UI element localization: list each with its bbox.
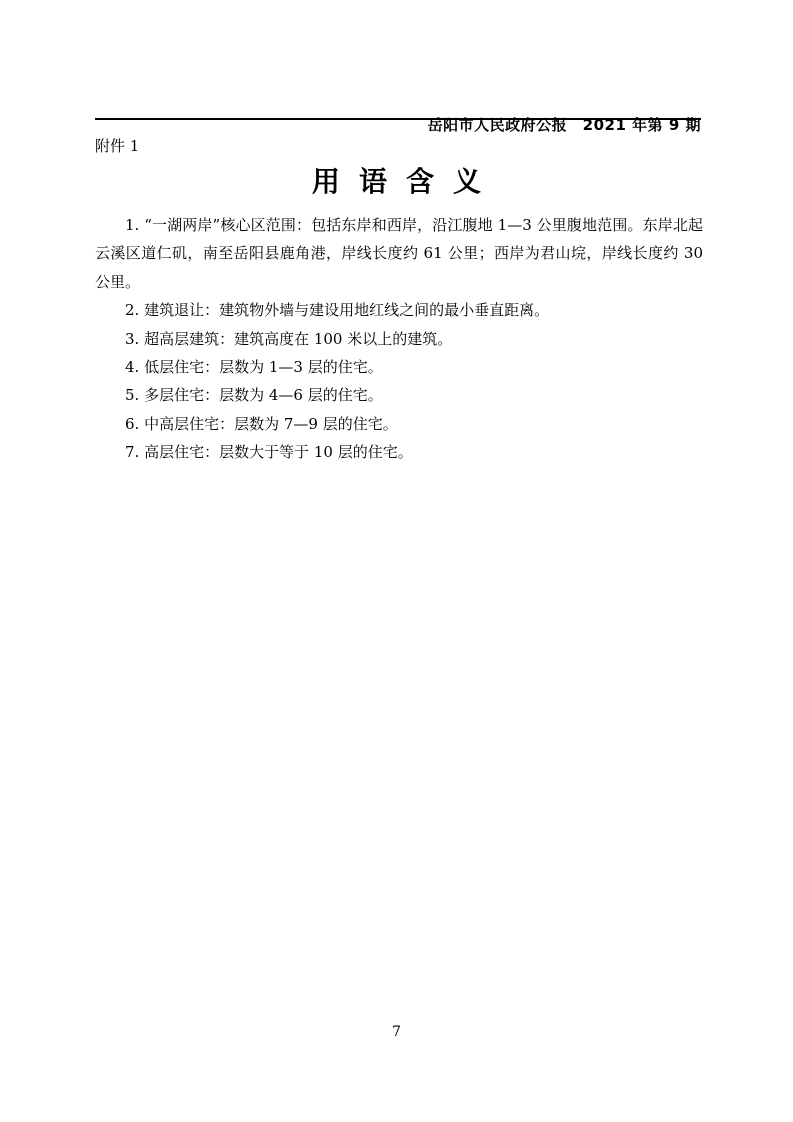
page-title: 用语含义 (0, 160, 793, 200)
header-rule (95, 118, 701, 120)
document-page: 岳阳市人民政府公报 2021 年第 9 期 附件 1 用语含义 1. “一湖两岸… (0, 0, 793, 1122)
page-header: 岳阳市人民政府公报 2021 年第 9 期 (95, 96, 701, 153)
paragraph-6: 6. 中高层住宅：层数为 7—9 层的住宅。 (95, 410, 703, 438)
document-body: 1. “一湖两岸”核心区范围：包括东岸和西岸，沿江腹地 1—3 公里腹地范围。东… (95, 211, 703, 467)
paragraph-5: 5. 多层住宅：层数为 4—6 层的住宅。 (95, 381, 703, 409)
paragraph-1: 1. “一湖两岸”核心区范围：包括东岸和西岸，沿江腹地 1—3 公里腹地范围。东… (95, 211, 703, 296)
paragraph-4: 4. 低层住宅：层数为 1—3 层的住宅。 (95, 353, 703, 381)
page-number: 7 (0, 1024, 793, 1040)
attachment-label: 附件 1 (95, 135, 139, 156)
paragraph-7: 7. 高层住宅：层数大于等于 10 层的住宅。 (95, 438, 703, 466)
paragraph-3: 3. 超高层建筑：建筑高度在 100 米以上的建筑。 (95, 325, 703, 353)
paragraph-2: 2. 建筑退让：建筑物外墙与建设用地红线之间的最小垂直距离。 (95, 296, 703, 324)
